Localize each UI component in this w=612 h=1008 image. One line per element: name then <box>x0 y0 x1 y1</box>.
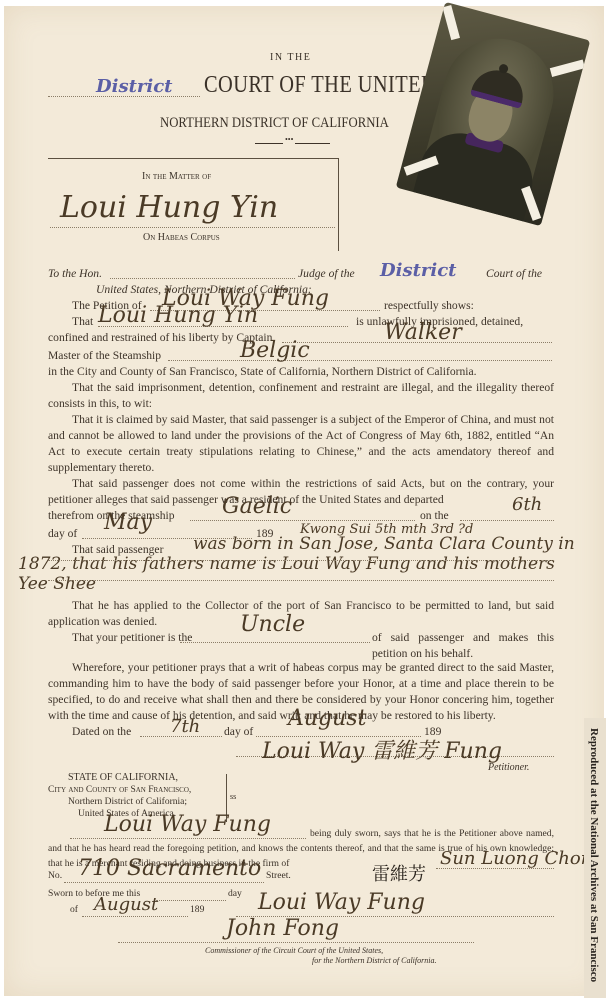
sworn-month: August <box>94 894 158 915</box>
born-line-1 <box>48 560 554 561</box>
captain-name: Walker <box>384 320 462 345</box>
affiant-signature: Loui Way Fung <box>258 890 425 915</box>
firm-name: Sun Luong Chong <box>440 848 604 869</box>
court-type-stamp: District <box>96 76 173 97</box>
commissioner-title-2: for the Northern District of California. <box>312 956 436 965</box>
paragraph-claimed: That it is claimed by said Master, that … <box>48 412 554 476</box>
judge-of-label: Judge of the <box>298 266 355 282</box>
address-value: 710 Sacramento <box>78 856 261 881</box>
northern-district-heading: NORTHERN DISTRICT OF CALIFORNIA <box>160 115 389 132</box>
sworn-day-line <box>156 900 226 901</box>
commissioner-line <box>118 942 474 943</box>
city-label: City and County of San Francisco, <box>48 785 191 795</box>
dated-label: Dated on the <box>72 724 131 740</box>
born-line-2 <box>48 580 554 581</box>
relation-value: Uncle <box>240 612 305 637</box>
in-the-heading: IN THE <box>270 52 311 63</box>
street-label: Street. <box>266 870 291 881</box>
steamship-line <box>168 360 552 361</box>
dated-month: August <box>288 706 366 731</box>
habeas-corpus-label: On Habeas Corpus <box>143 232 220 243</box>
of-label: of <box>70 904 78 915</box>
paragraph-illegal: That the said imprisonment, detention, c… <box>48 380 554 412</box>
in-city-text: in the City and County of San Francisco,… <box>48 364 558 380</box>
steamship-name: Belgic <box>240 338 310 363</box>
born-text: was born in San Jose, Santa Clara County… <box>18 534 578 594</box>
departure-month: May <box>104 510 152 535</box>
address-line <box>64 882 264 883</box>
sworn-month-line <box>82 916 188 917</box>
sworn-year: 189 <box>190 904 204 915</box>
archive-stamp: Reproduced at the National Archives at S… <box>588 728 600 982</box>
dated-day-of: day of <box>224 724 253 740</box>
master-label: Master of the Steamship <box>48 348 161 364</box>
relation-line <box>180 642 370 643</box>
court-type-line <box>48 96 200 97</box>
matter-name: Loui Hung Yin <box>60 190 278 225</box>
petitioner-signature: Loui Way 雷維芳 Fung <box>262 734 502 765</box>
ornament-divider <box>255 140 330 148</box>
court-of-label: Court of the <box>486 266 542 282</box>
commissioner-title-1: Commissioner of the Circuit Court of the… <box>205 946 383 955</box>
commissioner-signature: John Fong <box>226 916 339 941</box>
departure-steamship-line <box>190 520 415 521</box>
that-label: That <box>72 314 93 330</box>
relation-label: That your petitioner is the <box>72 630 192 646</box>
photo-corner-tab <box>442 5 459 40</box>
court-type-stamp-2: District <box>380 260 457 281</box>
petitioner-label: Petitioner. <box>488 760 529 776</box>
matter-label: In the Matter of <box>142 171 211 182</box>
photo-corner-tab <box>550 59 585 76</box>
ss-label: ss <box>230 792 236 801</box>
departure-day-line <box>460 520 554 521</box>
paragraph-not-within: That said passenger does not come within… <box>48 476 554 508</box>
chinese-signature: 雷維芳 <box>372 860 426 886</box>
respectfully-shows: respectfully shows: <box>384 298 474 314</box>
state-label: STATE OF CALIFORNIA, <box>68 772 178 783</box>
day-label: day <box>228 888 242 899</box>
judge-name-line <box>110 278 295 279</box>
no-label: No. <box>48 870 62 881</box>
matter-name-line <box>50 227 335 228</box>
relation-suffix: of said passenger and makes this petitio… <box>372 630 554 662</box>
departure-day: 6th <box>512 494 542 515</box>
to-hon-label: To the Hon. <box>48 266 102 282</box>
district-label: Northern District of California; <box>68 797 187 807</box>
departure-steamship: Gaelic <box>222 494 292 519</box>
passenger-name: Loui Hung Yin <box>98 303 258 328</box>
confined-by-text: confined and restrained of his liberty b… <box>48 330 272 346</box>
dated-day: 7th <box>170 716 200 737</box>
